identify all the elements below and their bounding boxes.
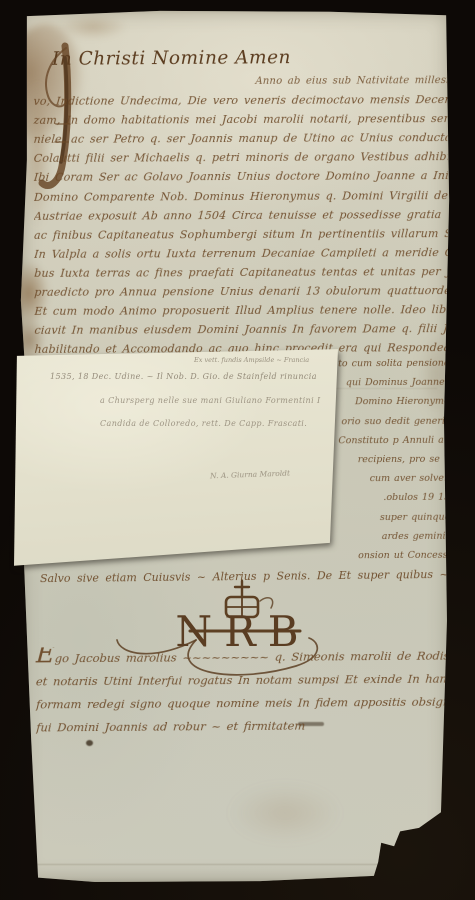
manuscript-line-fragment: orio suo dedit generis — [338, 411, 450, 431]
document-heading: In Christi Nomine Amen — [52, 47, 282, 70]
manuscript-line: vo, Indictione Undecima, Die vero veneri… — [33, 90, 448, 111]
stain — [230, 785, 340, 841]
photograph-background: In Christi Nomine Amen Anno ab eius sub … — [0, 0, 475, 900]
manuscript-line: Ego Jacobus marolius ~~~~~~~~~ q. Simeon… — [35, 645, 452, 671]
manuscript-line-fragment: 13 obulos 19. — [338, 488, 450, 508]
notarial-subscription-block: Ego Jacobus marolius ~~~~~~~~~ q. Simeon… — [36, 645, 453, 740]
manuscript-line: et notariis Utini Interfui rogatus In no… — [35, 668, 452, 694]
manuscript-line: ciavit In manibus eiusdem Domini Joannis… — [34, 319, 449, 340]
main-text-block: Anno ab eius sub Nativitate millesimo qu… — [33, 71, 448, 359]
manuscript-line: Austriae exposuit Ab anno 1504 Circa ten… — [33, 205, 448, 226]
note-archival-line: Ex vett. fundis Ampsilde ~ Francia — [194, 356, 309, 364]
stain — [58, 14, 128, 40]
manuscript-line: Ibi Coram Ser ac Golavo Joannis Unius do… — [33, 167, 448, 188]
manuscript-line: niele, ac ser Petro q. ser Joannis manup… — [33, 128, 448, 149]
manuscript-line: bus Iuxta terras ac fines praefati Capit… — [34, 262, 449, 283]
manuscript-line-fragment: to cum solita pensione — [337, 354, 449, 374]
manuscript-line: ac finibus Capitaneatus Sophumbergi situ… — [34, 224, 449, 245]
note-paper: Ex vett. fundis Ampsilde ~ Francia 1535,… — [14, 348, 338, 568]
manuscript-line-fragment: onsion ut Concessi — [338, 546, 450, 566]
manuscript-line-fragment: cum aver solven — [338, 469, 450, 489]
fold-crease — [29, 864, 438, 865]
note-text-line: Candida de Colloredo, rett. De Capp. Fra… — [100, 419, 307, 428]
manuscript-line: Et cum modo Animo proposuerit Illud Ampl… — [34, 300, 449, 321]
manuscript-line-fragment: ardes geminis — [338, 527, 450, 547]
text-fragments-beside-note: to cum solita pensionequi Dominus Joanne… — [337, 354, 450, 566]
manuscript-line-fragment: qui Dominus Joannes — [338, 373, 450, 393]
attached-paper-note: Ex vett. fundis Ampsilde ~ Francia 1535,… — [14, 348, 338, 568]
manuscript-line: Domino Comparente Nob. Dominus Hieronymu… — [33, 186, 448, 207]
manuscript-line-fragment: Constituto p Annuli au — [338, 431, 450, 451]
note-text-line: a Chursperg nelle sue mani Giuliano Form… — [100, 396, 321, 405]
manuscript-line-fragment: Domino Hieronymo — [338, 392, 450, 412]
manuscript-line: Colautti filii ser Michaelis q. petri mi… — [33, 147, 448, 168]
note-signature: N. A. Giurna Maroldt — [210, 469, 290, 481]
manuscript-line-fragment: recipiens, pro se 7 — [338, 450, 450, 470]
manuscript-line: Anno ab eius sub Nativitate millesimo qu… — [33, 71, 447, 92]
manuscript-line: In Valpla a solis ortu Iuxta terrenum De… — [33, 243, 448, 264]
manuscript-line: zam, In domo habitationis mei Jacobi mar… — [33, 109, 448, 130]
ink-blot — [86, 740, 93, 746]
manuscript-line-fragment: super quinque — [338, 507, 450, 527]
manuscript-line: formam redegi signo quoque nomine meis I… — [35, 691, 452, 717]
manuscript-line: fui Domini Joannis ad robur ~ et firmita… — [36, 714, 453, 740]
note-date-line: 1535, 18 Dec. Udine. ~ Il Nob. D. Gio. d… — [50, 372, 317, 381]
manuscript-line: praedicto pro Annua pensione Unius denar… — [34, 281, 449, 302]
